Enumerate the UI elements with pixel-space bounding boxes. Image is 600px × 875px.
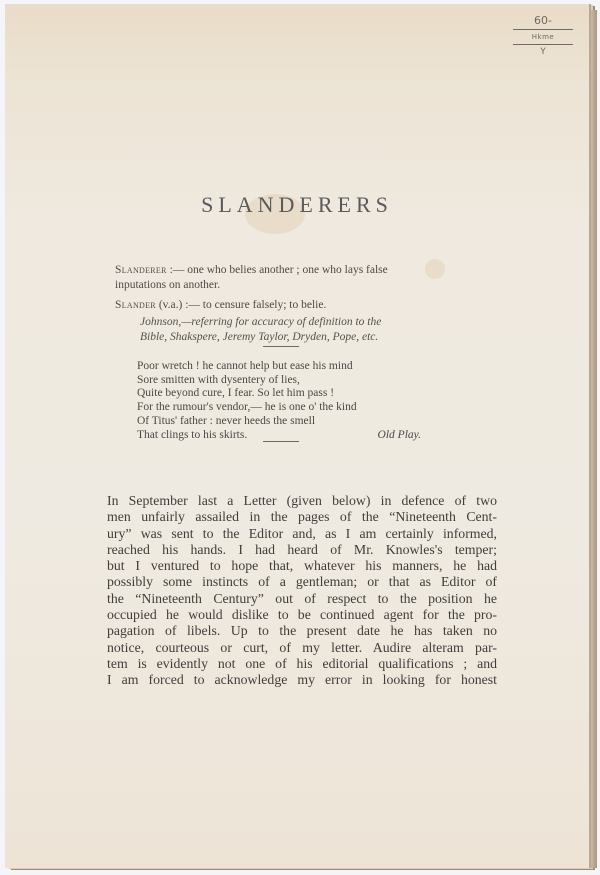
definition-text: :— one who belies another ; one who lays… [170, 264, 388, 276]
body-line: I am forced to acknowledge my error in l… [107, 672, 497, 688]
annotation-price: 60- [513, 14, 573, 30]
definition-term: Slander [115, 299, 156, 311]
definition-text: inputations on another. [115, 279, 220, 291]
definition-text: (v.a.) :— to censure falsely; to belie. [159, 299, 327, 311]
body-line: the “Nineteenth Century” out of respect … [107, 591, 497, 607]
body-line: men unfairly assailed in the pages of th… [107, 509, 497, 525]
poem-line: For the rumour's vendor,— he is one o' t… [137, 401, 421, 415]
citation-line: Johnson,—referring for accuracy of defin… [140, 315, 485, 330]
definition-slanderer: Slanderer :— one who belies another ; on… [115, 263, 485, 293]
body-line: reached his hands. I had heard of Mr. Kn… [107, 542, 497, 558]
document-page: 60- Hkme Y SLANDERERS Slanderer :— one w… [5, 4, 589, 868]
poem-line: Quite beyond cure, I fear. So let him pa… [137, 387, 421, 401]
handwritten-annotation: 60- Hkme Y [513, 14, 573, 59]
page-title: SLANDERERS [5, 192, 589, 218]
page-edge [591, 10, 597, 868]
body-line: tem is evidently not one of his editoria… [107, 656, 497, 672]
epigraph-poem: Poor wretch ! he cannot help but ease hi… [137, 360, 421, 442]
body-line: occupied he would dislike to be continue… [107, 607, 497, 623]
divider-rule [263, 346, 299, 347]
annotation-code: Hkme [513, 30, 573, 45]
body-paragraph: In September last a Letter (given below)… [107, 493, 497, 689]
divider-rule [263, 441, 299, 442]
poem-line: Sore smitten with dysentery of lies, [137, 374, 421, 388]
body-line: notice, courteous or curt, of my letter.… [107, 640, 497, 656]
annotation-mark: Y [513, 45, 573, 59]
definition-term: Slanderer [115, 264, 167, 276]
body-line: ury” was sent to the Editor and, as I am… [107, 526, 497, 542]
poem-source: Old Play. [378, 429, 421, 443]
definition-slander: Slander (v.a.) :— to censure falsely; to… [115, 298, 485, 313]
body-line: but I ventured to hope that, whatever hi… [107, 558, 497, 574]
citation-line: Bible, Shakspere, Jeremy Taylor, Dryden,… [140, 330, 485, 345]
poem-line: Poor wretch ! he cannot help but ease hi… [137, 360, 421, 374]
body-line: possibly some instincts of a gentleman; … [107, 574, 497, 590]
definitions-block: Slanderer :— one who belies another ; on… [115, 263, 485, 345]
citation: Johnson,—referring for accuracy of defin… [140, 315, 485, 345]
poem-line: Of Titus' father : never heeds the smell [137, 415, 421, 429]
body-line: In September last a Letter (given below)… [107, 493, 497, 509]
body-line: pagation of libels. Up to the present da… [107, 623, 497, 639]
